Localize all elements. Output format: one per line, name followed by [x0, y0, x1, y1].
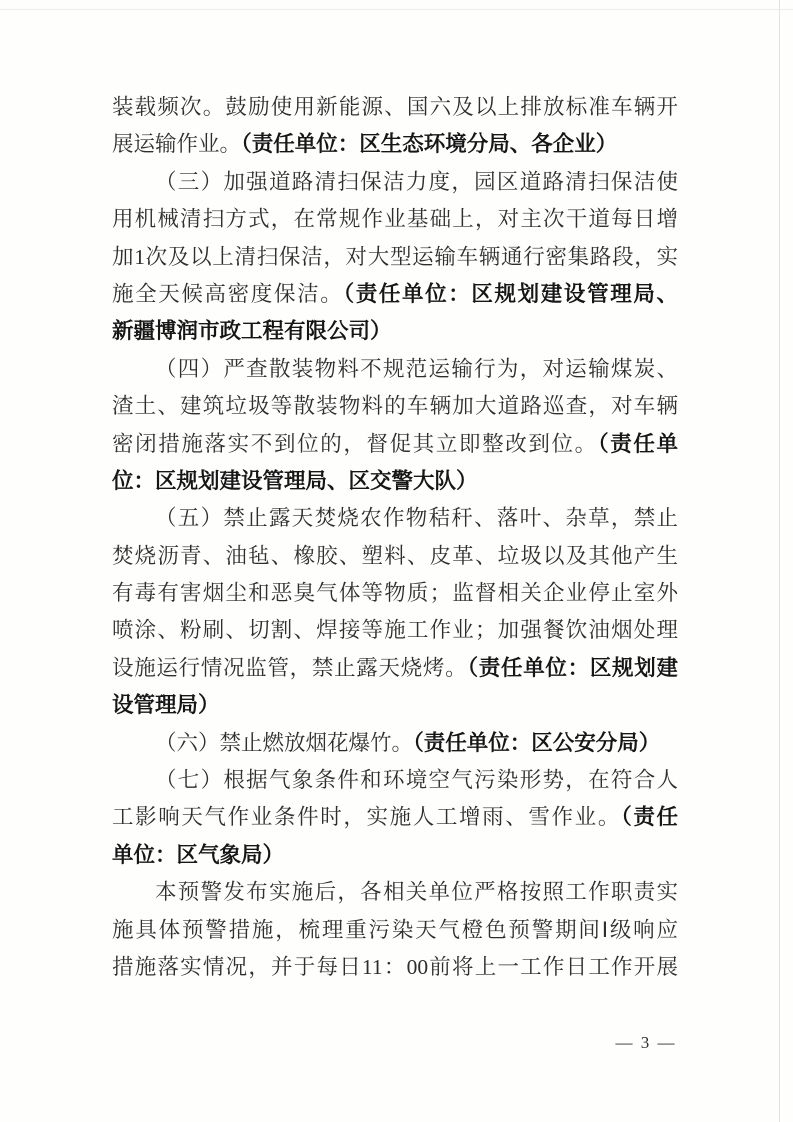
- body-text: （七）根据气象条件和环境空气污染形势，在符合人: [155, 768, 678, 792]
- text-line: 渣土、建筑垃圾等散装物料的车辆加大道路巡查，对车辆: [112, 388, 678, 425]
- body-text: 有毒有害烟尘和恶臭气体等物质；监督相关企业停止室外: [112, 581, 678, 605]
- text-line: 施具体预警措施，梳理重污染天气橙色预警期间Ⅰ级响应: [112, 912, 678, 949]
- responsibility-unit-text: 单位：区气象局）: [112, 843, 284, 867]
- text-line: 加1次及以上清扫保洁，对大型运输车辆通行密集路段，实: [112, 239, 678, 276]
- page-number: — 3 —: [596, 1033, 696, 1053]
- responsibility-unit-text: （责任单: [598, 432, 678, 456]
- text-line: 单位：区气象局）: [112, 837, 678, 874]
- document-page: 装载频次。鼓励使用新能源、国六及以上排放标准车辆开展运输作业。（责任单位：区生态…: [0, 0, 793, 1122]
- body-text: 展运输作业。: [112, 132, 241, 156]
- text-line: 装载频次。鼓励使用新能源、国六及以上排放标准车辆开: [112, 89, 678, 126]
- body-text: 焚烧沥青、油毡、橡胶、塑料、皮革、垃圾以及其他产生: [112, 544, 678, 568]
- responsibility-unit-text: 设管理局）: [112, 693, 220, 717]
- text-line: 喷涂、粉刷、切割、焊接等施工作业；加强餐饮油烟处理: [112, 612, 678, 649]
- text-line: 有毒有害烟尘和恶臭气体等物质；监督相关企业停止室外: [112, 575, 678, 612]
- body-text: 渣土、建筑垃圾等散装物料的车辆加大道路巡查，对车辆: [112, 394, 678, 418]
- body-text: 喷涂、粉刷、切割、焊接等施工作业；加强餐饮油烟处理: [112, 618, 678, 642]
- body-text: 密闭措施落实不到位的，督促其立即整改到位。: [112, 432, 598, 456]
- text-line: 工影响天气作业条件时，实施人工增雨、雪作业。（责任: [112, 799, 678, 836]
- body-text: 设施运行情况监管，禁止露天烧烤。: [112, 656, 467, 680]
- text-line: （四）严查散装物料不规范运输行为，对运输煤炭、: [112, 351, 678, 388]
- text-line: 设管理局）: [112, 687, 678, 724]
- body-text: （四）严查散装物料不规范运输行为，对运输煤炭、: [155, 357, 678, 381]
- scan-artifact-top-line: [0, 9, 793, 10]
- body-text: （三）加强道路清扫保洁力度，园区道路清扫保洁使: [155, 170, 678, 194]
- text-line: 密闭措施落实不到位的，督促其立即整改到位。（责任单: [112, 426, 678, 463]
- body-text: 工影响天气作业条件时，实施人工增雨、雪作业。: [112, 805, 621, 829]
- text-line: （五）禁止露天焚烧农作物秸秆、落叶、杂草，禁止: [112, 500, 678, 537]
- responsibility-unit-text: （责任单位：区生态环境分局、各企业）: [241, 132, 617, 156]
- text-line: （六）禁止燃放烟花爆竹。（责任单位：区公安分局）: [112, 725, 678, 762]
- text-line: （七）根据气象条件和环境空气污染形势，在符合人: [112, 762, 678, 799]
- responsibility-unit-text: 新疆博润市政工程有限公司）: [112, 319, 392, 343]
- body-text: （六）禁止燃放烟花爆竹。: [155, 731, 413, 755]
- body-text: 装载频次。鼓励使用新能源、国六及以上排放标准车辆开: [112, 95, 678, 119]
- scan-artifact-right-line: [779, 0, 780, 1122]
- text-line: 设施运行情况监管，禁止露天烧烤。（责任单位：区规划建: [112, 650, 678, 687]
- text-line: 措施落实情况，并于每日11：00前将上一工作日工作开展: [112, 949, 678, 986]
- text-line: 用机械清扫方式，在常规作业基础上，对主次干道每日增: [112, 201, 678, 238]
- body-text: 用机械清扫方式，在常规作业基础上，对主次干道每日增: [112, 207, 678, 231]
- text-line: 展运输作业。（责任单位：区生态环境分局、各企业）: [112, 126, 678, 163]
- body-text: 措施落实情况，并于每日11：00前将上一工作日工作开展: [112, 955, 678, 979]
- body-text: （五）禁止露天焚烧农作物秸秆、落叶、杂草，禁止: [155, 506, 678, 530]
- body-text: 施全天候高密度保洁。: [112, 282, 343, 306]
- text-line: 焚烧沥青、油毡、橡胶、塑料、皮革、垃圾以及其他产生: [112, 538, 678, 575]
- body-text: 加1次及以上清扫保洁，对大型运输车辆通行密集路段，实: [112, 245, 678, 269]
- responsibility-unit-text: （责任单位：区规划建设管理局、: [343, 282, 678, 306]
- text-line: 施全天候高密度保洁。（责任单位：区规划建设管理局、: [112, 276, 678, 313]
- body-text: 本预警发布实施后，各相关单位严格按照工作职责实: [155, 880, 678, 904]
- text-line: 位：区规划建设管理局、区交警大队）: [112, 463, 678, 500]
- responsibility-unit-text: （责任: [621, 805, 678, 829]
- text-line: 新疆博润市政工程有限公司）: [112, 313, 678, 350]
- responsibility-unit-text: 位：区规划建设管理局、区交警大队）: [112, 469, 478, 493]
- text-line: （三）加强道路清扫保洁力度，园区道路清扫保洁使: [112, 164, 678, 201]
- body-text: 施具体预警措施，梳理重污染天气橙色预警期间Ⅰ级响应: [112, 918, 678, 942]
- responsibility-unit-text: （责任单位：区公安分局）: [413, 731, 660, 755]
- document-body: 装载频次。鼓励使用新能源、国六及以上排放标准车辆开展运输作业。（责任单位：区生态…: [112, 89, 678, 986]
- responsibility-unit-text: （责任单位：区规划建: [467, 656, 678, 680]
- text-line: 本预警发布实施后，各相关单位严格按照工作职责实: [112, 874, 678, 911]
